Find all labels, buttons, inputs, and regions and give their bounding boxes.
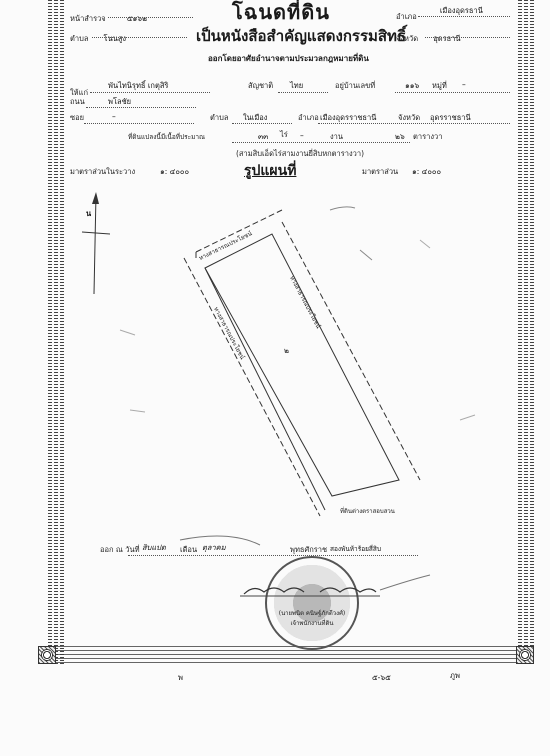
bottom-mark-1: พ bbox=[178, 672, 183, 684]
parcel-number: ๒ bbox=[284, 345, 289, 357]
issued-month: ตุลาคม bbox=[202, 542, 226, 554]
signature-mark bbox=[240, 580, 380, 600]
issued-year: สองพันห้าร้อยสี่สิบ bbox=[330, 544, 381, 554]
bottom-mark-3: ภูพ bbox=[450, 670, 460, 682]
stamp-name: (นายพนิต คนิษฐ์ภักดีวงศ์) bbox=[267, 608, 357, 618]
parcel-map bbox=[0, 0, 550, 756]
issued-day: สิบแปด bbox=[142, 542, 166, 554]
adjacent-land-label: ที่ดินต่างตราสอบสวน bbox=[340, 506, 395, 516]
official-seal: (นายพนิต คนิษฐ์ภักดีวงศ์) เจ้าพนักงานที่… bbox=[265, 556, 359, 650]
stamp-title: เจ้าพนักงานที่ดิน bbox=[267, 618, 357, 628]
bottom-mark-2: ๕-๖๕ bbox=[372, 672, 391, 684]
